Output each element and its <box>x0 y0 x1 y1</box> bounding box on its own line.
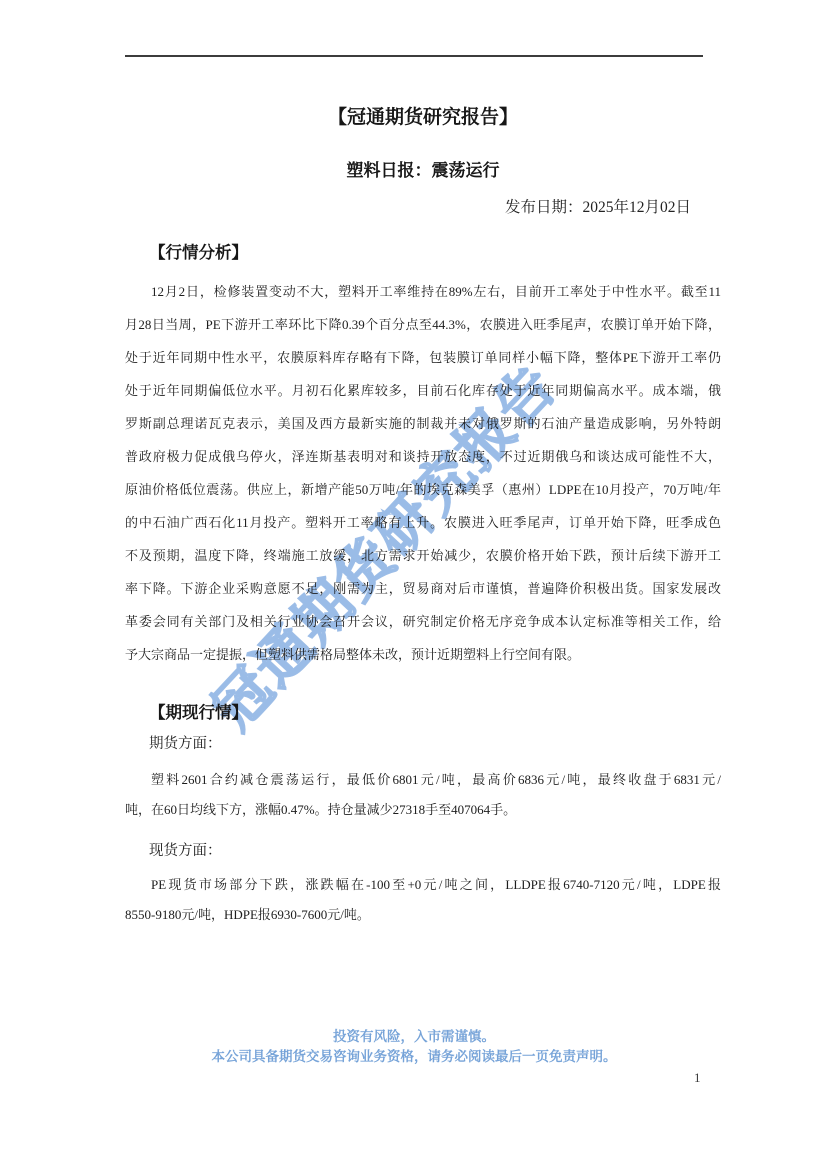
spot-paragraph: PE现货市场部分下跌，涨跌幅在-100至+0元/吨之间，LLDPE报6740-7… <box>125 870 721 930</box>
header-rule <box>125 55 703 57</box>
analysis-section-heading: 【行情分析】 <box>125 241 721 265</box>
text-line: 予大宗商品一定提振，但塑料供需格局整体未改，预计近期塑料上行空间有限。 <box>125 638 721 671</box>
text-line: 不及预期，温度下降，终端施工放缓，北方需求开始减少，农膜价格开始下跌，预计后续下… <box>125 539 721 572</box>
futures-paragraph: 塑料2601合约减仓震荡运行，最低价6801元/吨，最高价6836元/吨，最终收… <box>125 765 721 825</box>
text-line: 革委会同有关部门及相关行业协会召开会议，研究制定价格无序竞争成本认定标准等相关工… <box>125 605 721 638</box>
spot-label: 现货方面： <box>125 840 721 862</box>
page-number: 1 <box>694 1069 701 1087</box>
series-title: 【冠通期货研究报告】 <box>125 105 721 131</box>
publish-date: 发布日期：2025年12月02日 <box>125 197 721 219</box>
analysis-paragraph: 12月2日，检修装置变动不大，塑料开工率维持在89%左右，目前开工率处于中性水平… <box>125 275 721 671</box>
text-line: 塑料2601合约减仓震荡运行，最低价6801元/吨，最高价6836元/吨，最终收… <box>125 765 721 795</box>
text-line: 原油价格低位震荡。供应上，新增产能50万吨/年的埃克森美孚（惠州）LDPE在10… <box>125 473 721 506</box>
text-line: 普政府极力促成俄乌停火，泽连斯基表明对和谈持开放态度，不过近期俄乌和谈达成可能性… <box>125 440 721 473</box>
report-title: 塑料日报：震荡运行 <box>125 159 721 183</box>
futures-label: 期货方面： <box>125 733 721 755</box>
text-line: 月28日当周，PE下游开工率环比下降0.39个百分点至44.3%，农膜进入旺季尾… <box>125 308 721 341</box>
footer-risk-warning: 投资有风险，入市需谨慎。 <box>0 1027 828 1047</box>
text-line: 12月2日，检修装置变动不大，塑料开工率维持在89%左右，目前开工率处于中性水平… <box>125 275 721 308</box>
market-section-heading: 【期现行情】 <box>125 701 721 725</box>
page-footer: 投资有风险，入市需谨慎。 本公司具备期货交易咨询业务资格，请务必阅读最后一页免责… <box>0 1027 828 1067</box>
text-line: 罗斯副总理诺瓦克表示，美国及西方最新实施的制裁并未对俄罗斯的石油产量造成影响，另… <box>125 407 721 440</box>
text-line: 处于近年同期中性水平，农膜原料库存略有下降，包装膜订单同样小幅下降，整体PE下游… <box>125 341 721 374</box>
report-content: 【冠通期货研究报告】 塑料日报：震荡运行 发布日期：2025年12月02日 【行… <box>125 0 721 930</box>
text-line: 吨，在60日均线下方，涨幅0.47%。持仓量减少27318手至407064手。 <box>125 795 721 825</box>
footer-disclaimer: 本公司具备期货交易咨询业务资格，请务必阅读最后一页免责声明。 <box>0 1047 828 1067</box>
text-line: 率下降。下游企业采购意愿不足，刚需为主，贸易商对后市谨慎，普遍降价积极出货。国家… <box>125 572 721 605</box>
text-line: 8550-9180元/吨，HDPE报6930-7600元/吨。 <box>125 900 721 930</box>
text-line: PE现货市场部分下跌，涨跌幅在-100至+0元/吨之间，LLDPE报6740-7… <box>125 870 721 900</box>
text-line: 处于近年同期偏低位水平。月初石化累库较多，目前石化库存处于近年同期偏高水平。成本… <box>125 374 721 407</box>
text-line: 的中石油广西石化11月投产。塑料开工率略有上升。农膜进入旺季尾声，订单开始下降，… <box>125 506 721 539</box>
report-page: 冠通期货研究报告 【冠通期货研究报告】 塑料日报：震荡运行 发布日期：2025年… <box>0 0 828 1170</box>
